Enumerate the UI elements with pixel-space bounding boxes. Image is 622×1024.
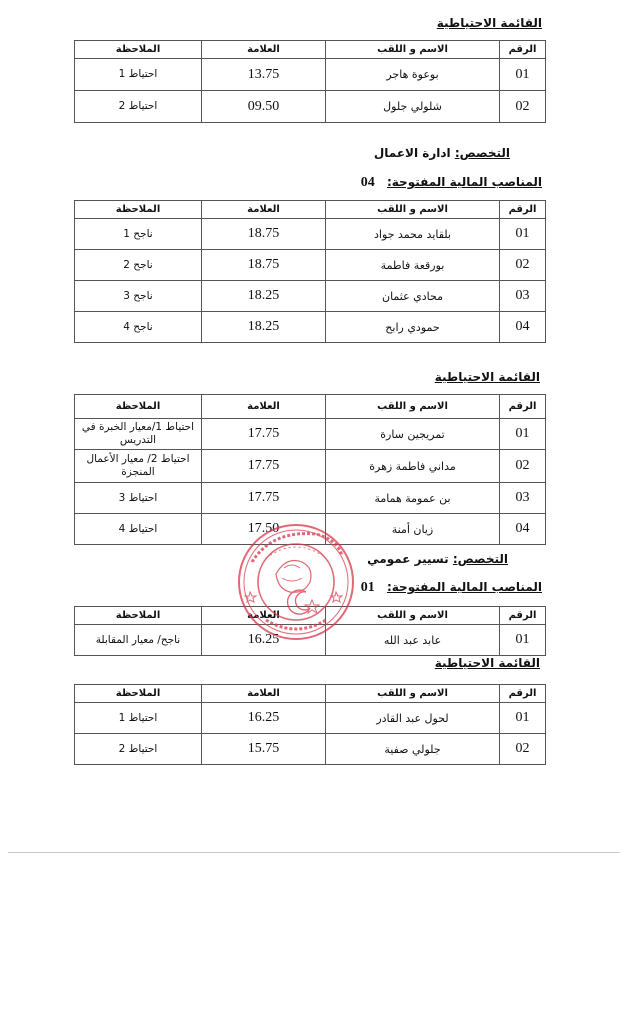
col-header-note: الملاحظة <box>75 41 202 59</box>
cell-num: 03 <box>500 281 546 312</box>
cell-score: 18.25 <box>202 281 326 312</box>
main-table-2: الرقم الاسم و اللقب العلامة الملاحظة 01 … <box>74 200 546 343</box>
positions-heading-2: المناصب المالية المفتوحة: 04 <box>361 175 542 191</box>
table-header-row: الرقم الاسم و اللقب العلامة الملاحظة <box>75 685 546 703</box>
cell-score: 18.75 <box>202 250 326 281</box>
table-header-row: الرقم الاسم و اللقب العلامة الملاحظة <box>75 607 546 625</box>
cell-note: احتياط 1/معيار الخبرة في التدريس <box>75 419 202 450</box>
cell-score: 16.25 <box>202 703 326 734</box>
cell-score: 13.75 <box>202 59 326 91</box>
cell-note: احتياط 1 <box>75 703 202 734</box>
table-header-row: الرقم الاسم و اللقب العلامة الملاحظة <box>75 395 546 419</box>
positions-label: المناصب المالية المفتوحة: <box>387 580 542 594</box>
table-row: 04 حمودي رابح 18.25 ناجح 4 <box>75 312 546 343</box>
document-page: القائمة الاحتياطية الرقم الاسم و اللقب ا… <box>0 0 622 1024</box>
cell-name: حمودي رابح <box>326 312 500 343</box>
col-header-note: الملاحظة <box>75 201 202 219</box>
cell-note: ناجح 3 <box>75 281 202 312</box>
col-header-score: العلامة <box>202 41 326 59</box>
cell-name: شلولي جلول <box>326 91 500 123</box>
cell-name: جلولي صفية <box>326 734 500 765</box>
cell-note: ناجح 1 <box>75 219 202 250</box>
col-header-note: الملاحظة <box>75 685 202 703</box>
cell-note: احتياط 3 <box>75 483 202 514</box>
reserve-title-text: القائمة الاحتياطية <box>437 16 542 30</box>
table-row: 02 جلولي صفية 15.75 احتياط 2 <box>75 734 546 765</box>
col-header-name: الاسم و اللقب <box>326 41 500 59</box>
col-header-note: الملاحظة <box>75 607 202 625</box>
cell-name: بن عمومة همامة <box>326 483 500 514</box>
positions-label: المناصب المالية المفتوحة: <box>387 175 542 189</box>
table-row: 01 بوعوة هاجر 13.75 احتياط 1 <box>75 59 546 91</box>
table-row: 03 محادي عثمان 18.25 ناجح 3 <box>75 281 546 312</box>
col-header-num: الرقم <box>500 41 546 59</box>
col-header-note: الملاحظة <box>75 395 202 419</box>
cell-num: 01 <box>500 419 546 450</box>
cell-num: 04 <box>500 514 546 545</box>
col-header-num: الرقم <box>500 395 546 419</box>
table-row: 02 شلولي جلول 09.50 احتياط 2 <box>75 91 546 123</box>
cell-name: بلقايد محمد جواد <box>326 219 500 250</box>
cell-note: احتياط 2/ معيار الأعمال المنجزة <box>75 450 202 483</box>
cell-num: 01 <box>500 59 546 91</box>
cell-score: 17.75 <box>202 450 326 483</box>
cell-name: مداني فاطمة زهرة <box>326 450 500 483</box>
cell-note: احتياط 4 <box>75 514 202 545</box>
page-fold-line <box>8 852 620 853</box>
table-header-row: الرقم الاسم و اللقب العلامة الملاحظة <box>75 201 546 219</box>
cell-num: 04 <box>500 312 546 343</box>
table-row: 01 عابد عبد الله 16.25 ناجح/ معيار المقا… <box>75 625 546 656</box>
cell-name: تمريجين سارة <box>326 419 500 450</box>
positions-value: 04 <box>361 175 375 190</box>
col-header-name: الاسم و اللقب <box>326 201 500 219</box>
cell-score: 18.75 <box>202 219 326 250</box>
cell-score: 18.25 <box>202 312 326 343</box>
table-header-row: الرقم الاسم و اللقب العلامة الملاحظة <box>75 41 546 59</box>
table-row: 02 مداني فاطمة زهرة 17.75 احتياط 2/ معيا… <box>75 450 546 483</box>
cell-num: 02 <box>500 250 546 281</box>
cell-score: 15.75 <box>202 734 326 765</box>
table-row: 02 بورقعة فاطمة 18.75 ناجح 2 <box>75 250 546 281</box>
specialty-value: تسيير عمومي <box>367 552 449 566</box>
specialty-label: التخصص: <box>453 552 508 566</box>
cell-name: لحول عبد القادر <box>326 703 500 734</box>
specialty-label: التخصص: <box>455 146 510 160</box>
reserve-table-3: الرقم الاسم و اللقب العلامة الملاحظة 01 … <box>74 684 546 765</box>
positions-heading-3: المناصب المالية المفتوحة: 01 <box>361 580 542 596</box>
cell-name: محادي عثمان <box>326 281 500 312</box>
col-header-num: الرقم <box>500 201 546 219</box>
table-row: 04 زيان أمنة 17.50 احتياط 4 <box>75 514 546 545</box>
reserve-list-title-3: القائمة الاحتياطية <box>435 656 540 670</box>
cell-num: 02 <box>500 91 546 123</box>
reserve-list-title-1: القائمة الاحتياطية <box>437 16 542 30</box>
cell-name: زيان أمنة <box>326 514 500 545</box>
specialty-heading-3: التخصص: تسيير عمومي <box>367 552 508 566</box>
cell-num: 03 <box>500 483 546 514</box>
table-row: 01 تمريجين سارة 17.75 احتياط 1/معيار الخ… <box>75 419 546 450</box>
reserve-table-2: الرقم الاسم و اللقب العلامة الملاحظة 01 … <box>74 394 546 545</box>
cell-note: احتياط 2 <box>75 734 202 765</box>
col-header-num: الرقم <box>500 607 546 625</box>
reserve-title-text: القائمة الاحتياطية <box>435 656 540 670</box>
cell-num: 01 <box>500 625 546 656</box>
cell-name: عابد عبد الله <box>326 625 500 656</box>
reserve-table-1: الرقم الاسم و اللقب العلامة الملاحظة 01 … <box>74 40 546 123</box>
main-table-3: الرقم الاسم و اللقب العلامة الملاحظة 01 … <box>74 606 546 656</box>
cell-note: ناجح/ معيار المقابلة <box>75 625 202 656</box>
table-row: 01 لحول عبد القادر 16.25 احتياط 1 <box>75 703 546 734</box>
cell-name: بورقعة فاطمة <box>326 250 500 281</box>
cell-num: 01 <box>500 703 546 734</box>
table-row: 01 بلقايد محمد جواد 18.75 ناجح 1 <box>75 219 546 250</box>
table-row: 03 بن عمومة همامة 17.75 احتياط 3 <box>75 483 546 514</box>
col-header-score: العلامة <box>202 201 326 219</box>
reserve-list-title-2: القائمة الاحتياطية <box>435 370 540 384</box>
reserve-title-text: القائمة الاحتياطية <box>435 370 540 384</box>
col-header-name: الاسم و اللقب <box>326 607 500 625</box>
cell-num: 01 <box>500 219 546 250</box>
specialty-heading-2: التخصص: ادارة الاعمال <box>374 146 510 160</box>
cell-note: احتياط 1 <box>75 59 202 91</box>
col-header-score: العلامة <box>202 607 326 625</box>
col-header-name: الاسم و اللقب <box>326 685 500 703</box>
positions-value: 01 <box>361 580 375 595</box>
col-header-name: الاسم و اللقب <box>326 395 500 419</box>
col-header-score: العلامة <box>202 685 326 703</box>
col-header-num: الرقم <box>500 685 546 703</box>
cell-note: احتياط 2 <box>75 91 202 123</box>
cell-score: 17.75 <box>202 483 326 514</box>
specialty-value: ادارة الاعمال <box>374 146 451 160</box>
col-header-score: العلامة <box>202 395 326 419</box>
cell-note: ناجح 4 <box>75 312 202 343</box>
cell-num: 02 <box>500 450 546 483</box>
cell-score: 17.75 <box>202 419 326 450</box>
cell-name: بوعوة هاجر <box>326 59 500 91</box>
cell-score: 16.25 <box>202 625 326 656</box>
cell-score: 17.50 <box>202 514 326 545</box>
cell-note: ناجح 2 <box>75 250 202 281</box>
cell-score: 09.50 <box>202 91 326 123</box>
cell-num: 02 <box>500 734 546 765</box>
